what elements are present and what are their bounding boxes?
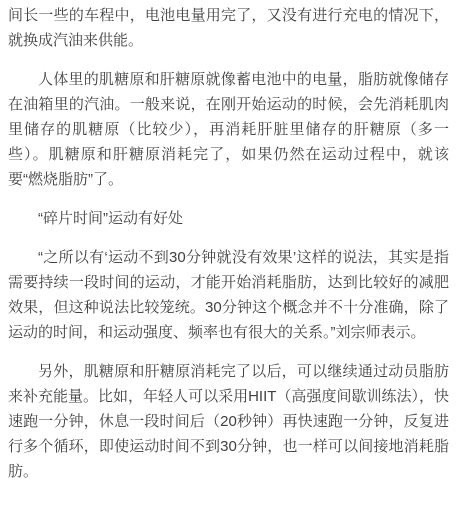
paragraph-body: 人体里的肌糖原和肝糖原就像蓄电池中的电量，脂肪就像储存在油箱里的汽油。一般来说，… xyxy=(8,67,449,192)
paragraph-body: “之所以有‘运动不到30分钟就没有效果’这样的说法，其实是指需要持续一段时间的运… xyxy=(8,245,449,345)
paragraph-continuation: 间长一些的车程中，电池电量用完了，又没有进行充电的情况下，就换成汽油来供能。 xyxy=(8,3,449,53)
paragraph-body: 另外，肌糖原和肝糖原消耗完了以后，可以继续通过动员脂肪来补充能量。比如，年轻人可… xyxy=(8,359,449,484)
section-subhead: “碎片时间”运动有好处 xyxy=(8,206,449,231)
article-body: 间长一些的车程中，电池电量用完了，又没有进行充电的情况下，就换成汽油来供能。 人… xyxy=(0,0,457,517)
